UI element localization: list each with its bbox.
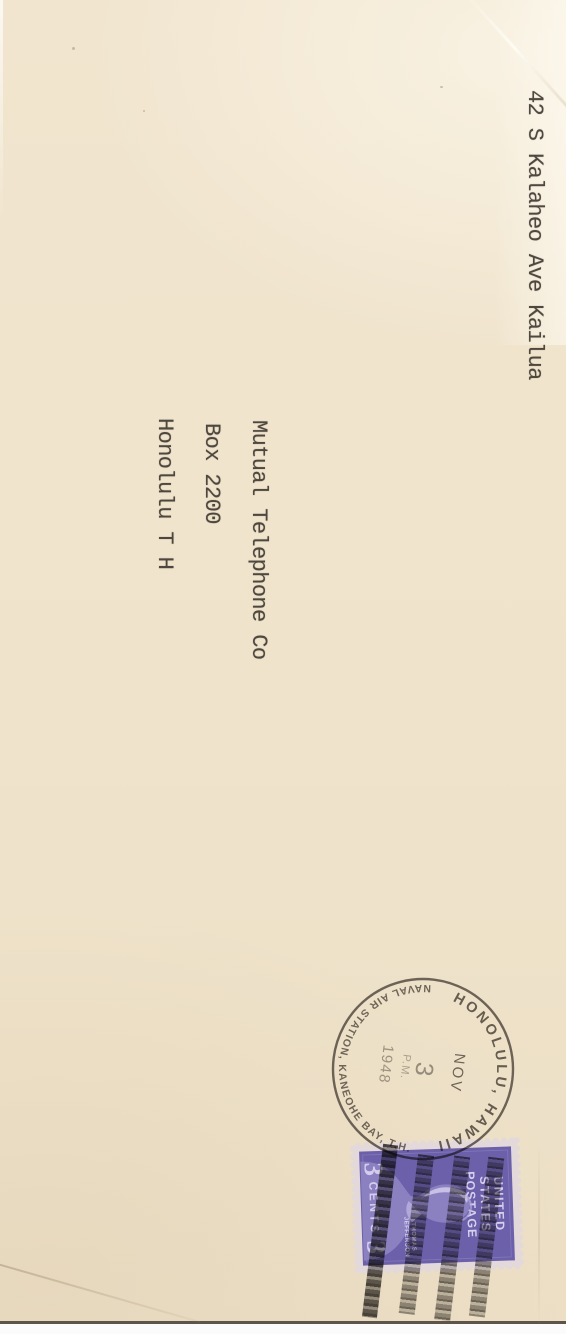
paper-speck <box>143 110 145 112</box>
postmark-date-year: 1948 <box>375 1044 397 1085</box>
envelope-crease-bottom-left <box>0 1262 201 1323</box>
envelope-edge-sliver <box>0 0 3 220</box>
svg-text:HONOLULU, HAWAII: HONOLULU, HAWAII <box>432 990 518 1162</box>
scan-background: 42 S Kalaheo Ave Kailua Mutual Telephone… <box>0 0 566 1334</box>
postmark-top-arc: HONOLULU, HAWAII <box>432 990 518 1162</box>
postmark-date-meridiem: P.M. <box>398 1054 413 1080</box>
cancellation-bar <box>399 1154 434 1315</box>
recipient-city: Honolulu T H <box>151 418 177 569</box>
paper-speck <box>72 47 75 50</box>
cancellation-bar <box>434 1156 470 1322</box>
recipient-name: Mutual Telephone Co <box>245 420 271 659</box>
postmark-date-month: NOV <box>446 1052 468 1094</box>
postmark-date-day: 3 <box>409 1061 438 1078</box>
cancellation-bars <box>358 1143 538 1334</box>
envelope-crease-bottom-right <box>538 1140 540 1330</box>
paper-speck <box>440 86 443 88</box>
envelope: 42 S Kalaheo Ave Kailua Mutual Telephone… <box>0 0 566 1324</box>
return-address: 42 S Kalaheo Ave Kailua <box>521 90 547 380</box>
postmark: HONOLULU, HAWAII NAVAL AIR STATION, KANE… <box>313 959 533 1179</box>
cancellation-bar <box>469 1157 504 1318</box>
recipient-box: Box 2200 <box>198 423 224 524</box>
